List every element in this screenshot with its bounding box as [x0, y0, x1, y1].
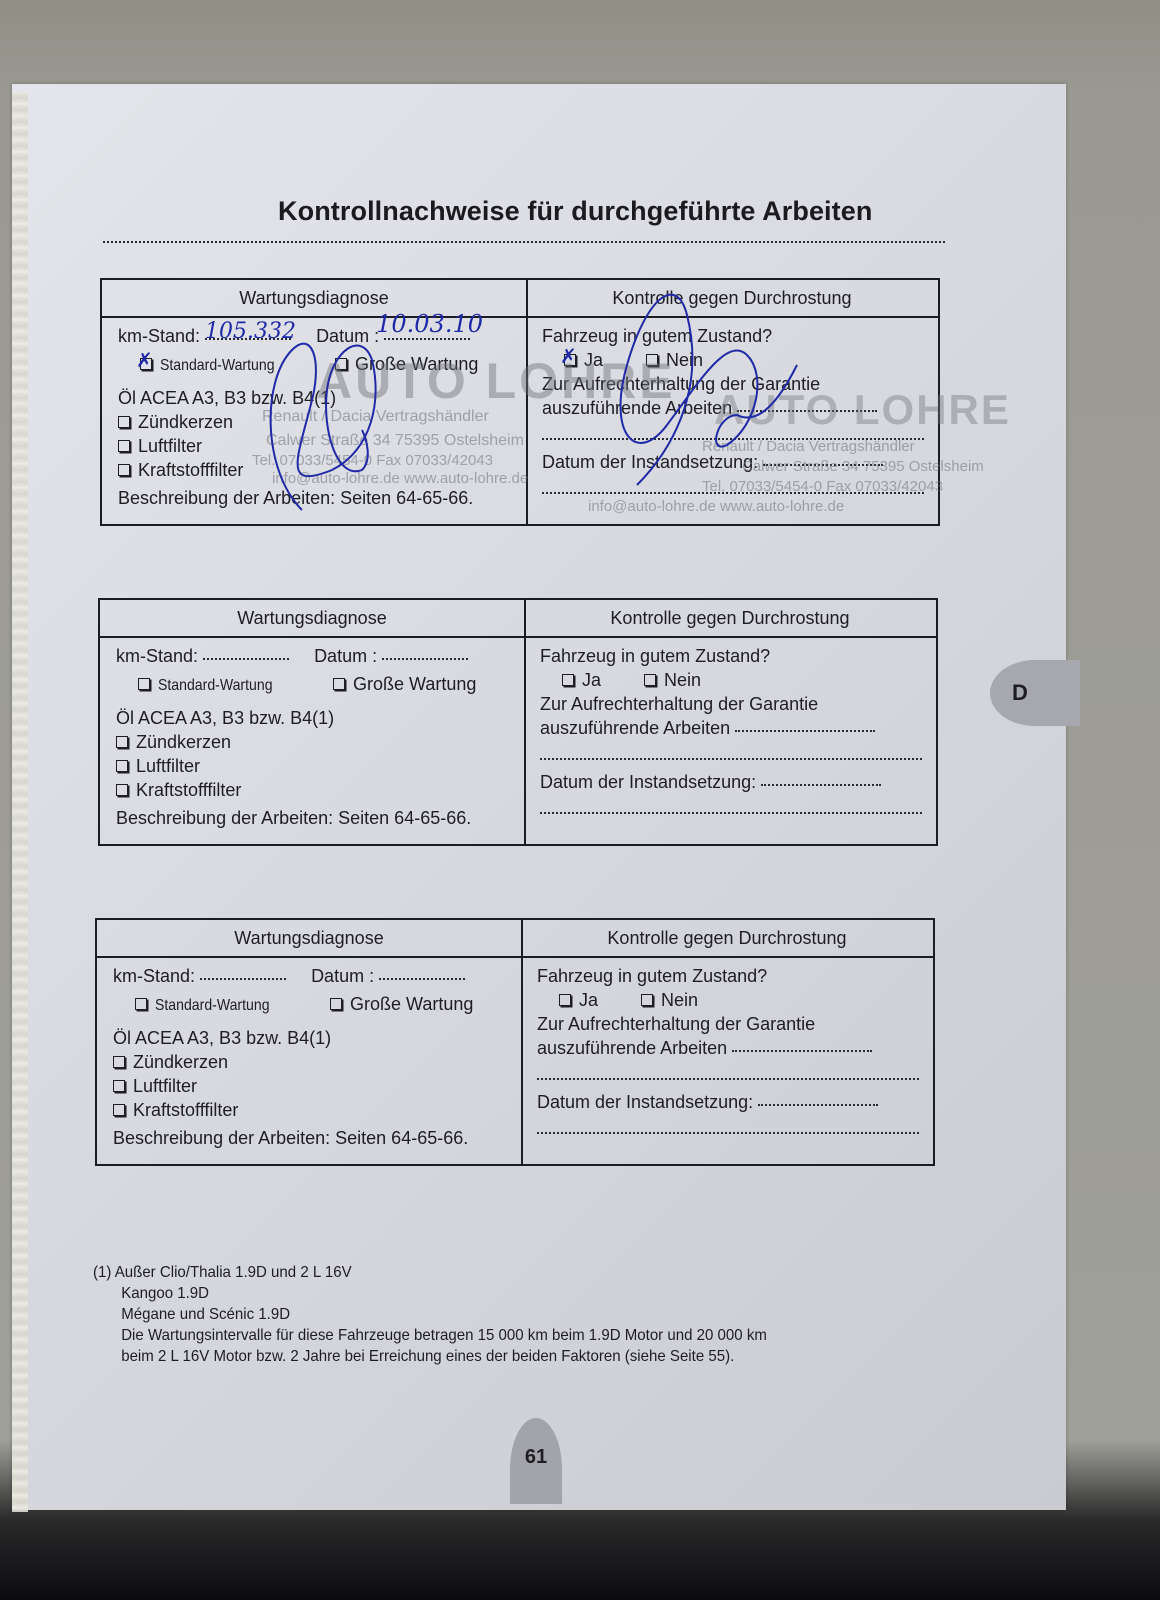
- service-items-list: ZündkerzenLuftfilterKraftstofffilter: [116, 730, 510, 802]
- service-item-label: Kraftstofffilter: [138, 460, 243, 480]
- condition-question: Fahrzeug in gutem Zustand?: [540, 644, 922, 668]
- standard-service-checkbox[interactable]: [135, 998, 147, 1010]
- maintenance-record-form: Wartungsdiagnose km-Stand: Datum : Stand…: [95, 918, 935, 1166]
- maintenance-diagnosis-column: Wartungsdiagnose km-Stand: Datum : Stand…: [100, 600, 526, 844]
- major-service-checkbox[interactable]: [335, 358, 347, 370]
- date-field[interactable]: [379, 978, 465, 980]
- footnote-marker: (1): [93, 1264, 111, 1281]
- mileage-label: km-Stand:: [118, 326, 200, 346]
- condition-no-checkbox[interactable]: [644, 674, 656, 686]
- checkmark-icon: ✗: [560, 345, 577, 369]
- service-item: Luftfilter: [118, 434, 512, 458]
- work-description-reference: Beschreibung der Arbeiten: Seiten 64-65-…: [113, 1126, 507, 1150]
- major-service-checkbox[interactable]: [330, 998, 342, 1010]
- page-title: Kontrollnachweise für durchgeführte Arbe…: [278, 196, 872, 227]
- date-label: Datum :: [311, 966, 374, 986]
- service-item-checkbox[interactable]: [116, 736, 128, 748]
- service-type-row: Standard-Wartung Große Wartung: [116, 672, 510, 698]
- rust-check-column: Kontrolle gegen Durchrostung Fahrzeug in…: [526, 280, 938, 524]
- footnote-line: Kangoo 1.9D: [93, 1283, 767, 1304]
- repair-date-row: Datum der Instandsetzung:: [540, 770, 922, 794]
- standard-service-checkbox[interactable]: [138, 678, 150, 690]
- mileage-label: km-Stand:: [113, 966, 195, 986]
- service-item-label: Luftfilter: [133, 1076, 197, 1096]
- warranty-work-field-line2[interactable]: [540, 744, 922, 760]
- date-label: Datum :: [314, 646, 377, 666]
- work-description-reference: Beschreibung der Arbeiten: Seiten 64-65-…: [116, 806, 510, 830]
- oil-spec: Öl ACEA A3, B3 bzw. B4(1): [113, 1026, 507, 1050]
- warranty-text-line2: auszuführende Arbeiten: [537, 1036, 919, 1060]
- repair-date-row: Datum der Instandsetzung:: [537, 1090, 919, 1114]
- service-item-label: Luftfilter: [136, 756, 200, 776]
- mileage-date-row: km-Stand: Datum :: [116, 644, 510, 668]
- service-item-label: Kraftstofffilter: [136, 780, 241, 800]
- condition-yes-checkbox[interactable]: [562, 674, 574, 686]
- condition-no-label: Nein: [666, 350, 703, 370]
- maintenance-diagnosis-header: Wartungsdiagnose: [100, 600, 524, 638]
- service-items-list: ZündkerzenLuftfilterKraftstofffilter: [113, 1050, 507, 1122]
- condition-no-label: Nein: [664, 670, 701, 690]
- page-number: 61: [525, 1446, 547, 1469]
- condition-options: ✗Ja Nein: [542, 348, 924, 372]
- condition-question: Fahrzeug in gutem Zustand?: [542, 324, 924, 348]
- rust-check-column: Kontrolle gegen Durchrostung Fahrzeug in…: [521, 920, 933, 1164]
- repair-date-field-line2[interactable]: [540, 798, 922, 814]
- maintenance-diagnosis-column: Wartungsdiagnose km-Stand: Datum : Stand…: [97, 920, 523, 1164]
- repair-date-field-line2[interactable]: [542, 478, 924, 494]
- maintenance-record-form: Wartungsdiagnose km-Stand: Datum : Stand…: [98, 598, 938, 846]
- rust-check-header: Kontrolle gegen Durchrostung: [521, 920, 933, 958]
- oil-spec: Öl ACEA A3, B3 bzw. B4(1): [116, 706, 510, 730]
- service-item-checkbox[interactable]: [118, 464, 130, 476]
- work-description-reference: Beschreibung der Arbeiten: Seiten 64-65-…: [118, 486, 512, 510]
- service-item: Luftfilter: [116, 754, 510, 778]
- title-dotted-rule: [103, 241, 945, 243]
- condition-question: Fahrzeug in gutem Zustand?: [537, 964, 919, 988]
- condition-yes-checkbox[interactable]: [559, 994, 571, 1006]
- section-tab-d: D: [990, 660, 1080, 726]
- repair-date-field[interactable]: [763, 464, 883, 466]
- date-value: 10.03.10: [376, 312, 483, 336]
- major-service-label: Große Wartung: [353, 674, 476, 694]
- mileage-date-row: km-Stand: Datum :: [113, 964, 507, 988]
- footnote-line: beim 2 L 16V Motor bzw. 2 Jahre bei Erre…: [93, 1346, 767, 1367]
- service-item: Kraftstofffilter: [118, 458, 512, 482]
- major-service-checkbox[interactable]: [333, 678, 345, 690]
- footnote-line: Außer Clio/Thalia 1.9D und 2 L 16V: [115, 1264, 352, 1281]
- service-type-row: ✗Standard-Wartung Große Wartung: [118, 352, 512, 378]
- service-item: Kraftstofffilter: [116, 778, 510, 802]
- condition-options: Ja Nein: [537, 988, 919, 1012]
- service-item-checkbox[interactable]: [118, 416, 130, 428]
- warranty-text-line1: Zur Aufrechterhaltung der Garantie: [537, 1012, 919, 1036]
- warranty-work-field[interactable]: [732, 1050, 872, 1052]
- warranty-work-field-line2[interactable]: [537, 1064, 919, 1080]
- maintenance-diagnosis-column: Wartungsdiagnose km-Stand: 105.332 Datum…: [102, 280, 528, 524]
- mileage-value: 105.332: [205, 320, 296, 344]
- condition-no-label: Nein: [661, 990, 698, 1010]
- service-items-list: ZündkerzenLuftfilterKraftstofffilter: [118, 410, 512, 482]
- service-item: Zündkerzen: [118, 410, 512, 434]
- repair-date-field[interactable]: [761, 784, 881, 786]
- condition-yes-label: Ja: [579, 990, 598, 1010]
- service-item-checkbox[interactable]: [113, 1080, 125, 1092]
- rust-check-header: Kontrolle gegen Durchrostung: [526, 280, 938, 318]
- condition-yes-label: Ja: [582, 670, 601, 690]
- service-item: Kraftstofffilter: [113, 1098, 507, 1122]
- mileage-field[interactable]: [203, 658, 289, 660]
- standard-service-checkbox[interactable]: ✗: [140, 358, 152, 370]
- mileage-label: km-Stand:: [116, 646, 198, 666]
- date-field[interactable]: [382, 658, 468, 660]
- major-service-label: Große Wartung: [355, 354, 478, 374]
- service-type-row: Standard-Wartung Große Wartung: [113, 992, 507, 1018]
- service-item-label: Zündkerzen: [136, 732, 231, 752]
- condition-no-checkbox[interactable]: [646, 354, 658, 366]
- service-item-label: Luftfilter: [138, 436, 202, 456]
- standard-service-label: Standard-Wartung: [158, 674, 308, 698]
- mileage-field[interactable]: [200, 978, 286, 980]
- condition-no-checkbox[interactable]: [641, 994, 653, 1006]
- service-item-checkbox[interactable]: [113, 1104, 125, 1116]
- warranty-work-field-line2[interactable]: [542, 424, 924, 440]
- service-item: Zündkerzen: [116, 730, 510, 754]
- footnote-line: Mégane und Scénic 1.9D: [93, 1304, 767, 1325]
- repair-date-field-line2[interactable]: [537, 1118, 919, 1134]
- warranty-work-field[interactable]: [737, 410, 877, 412]
- warranty-text-line2: auszuführende Arbeiten: [542, 396, 924, 420]
- oil-spec: Öl ACEA A3, B3 bzw. B4(1): [118, 386, 512, 410]
- mileage-field[interactable]: 105.332: [205, 338, 291, 340]
- warranty-text-line1: Zur Aufrechterhaltung der Garantie: [540, 692, 922, 716]
- condition-yes-label: Ja: [584, 350, 603, 370]
- warranty-work-field[interactable]: [735, 730, 875, 732]
- mileage-date-row: km-Stand: 105.332 Datum : 10.03.10: [118, 324, 512, 348]
- repair-date-field[interactable]: [758, 1104, 878, 1106]
- service-item-checkbox[interactable]: [113, 1056, 125, 1068]
- rust-check-column: Kontrolle gegen Durchrostung Fahrzeug in…: [524, 600, 936, 844]
- service-item: Luftfilter: [113, 1074, 507, 1098]
- major-service-label: Große Wartung: [350, 994, 473, 1014]
- maintenance-diagnosis-header: Wartungsdiagnose: [97, 920, 521, 958]
- warranty-text-line2: auszuführende Arbeiten: [540, 716, 922, 740]
- condition-yes-checkbox[interactable]: ✗: [564, 354, 576, 366]
- service-item-checkbox[interactable]: [118, 440, 130, 452]
- date-field[interactable]: 10.03.10: [384, 338, 470, 340]
- service-item-label: Kraftstofffilter: [133, 1100, 238, 1120]
- page-binding-edge: [12, 92, 28, 1512]
- service-item-checkbox[interactable]: [116, 784, 128, 796]
- date-label: Datum :: [316, 326, 379, 346]
- repair-date-row: Datum der Instandsetzung:: [542, 450, 924, 474]
- footnote-line: Die Wartungsintervalle für diese Fahrzeu…: [93, 1325, 767, 1346]
- service-item: Zündkerzen: [113, 1050, 507, 1074]
- standard-service-label: Standard-Wartung: [155, 994, 305, 1018]
- rust-check-header: Kontrolle gegen Durchrostung: [524, 600, 936, 638]
- standard-service-label: Standard-Wartung: [160, 354, 310, 378]
- service-item-label: Zündkerzen: [133, 1052, 228, 1072]
- service-item-label: Zündkerzen: [138, 412, 233, 432]
- warranty-text-line1: Zur Aufrechterhaltung der Garantie: [542, 372, 924, 396]
- checkmark-icon: ✗: [136, 349, 153, 373]
- condition-options: Ja Nein: [540, 668, 922, 692]
- service-item-checkbox[interactable]: [116, 760, 128, 772]
- maintenance-record-form: Wartungsdiagnose km-Stand: 105.332 Datum…: [100, 278, 940, 526]
- footnote: (1) Außer Clio/Thalia 1.9D und 2 L 16V K…: [93, 1262, 767, 1367]
